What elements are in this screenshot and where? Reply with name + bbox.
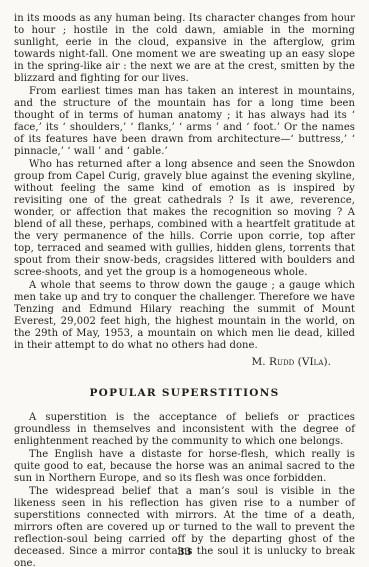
paragraph: A superstition is the acceptance of beli… (14, 412, 355, 448)
book-page: in its moods as any human being. Its cha… (0, 0, 369, 567)
paragraph: The English have a distaste for horse-fl… (14, 449, 355, 485)
paragraph: Who has returned after a long absence an… (14, 159, 355, 279)
paragraph-continuation: in its moods as any human being. Its cha… (14, 13, 355, 85)
paragraph: A whole that seems to throw down the gau… (14, 280, 355, 352)
article-superstitions: POPULAR SUPERSTITIONS A superstition is … (14, 387, 355, 567)
author-attribution: M. Rudd (VIla). (14, 356, 331, 368)
article-mountains: in its moods as any human being. Its cha… (14, 13, 355, 368)
section-heading: POPULAR SUPERSTITIONS (14, 387, 355, 399)
paragraph: From earliest times man has taken an int… (14, 86, 355, 158)
page-number: 33 (0, 547, 369, 558)
